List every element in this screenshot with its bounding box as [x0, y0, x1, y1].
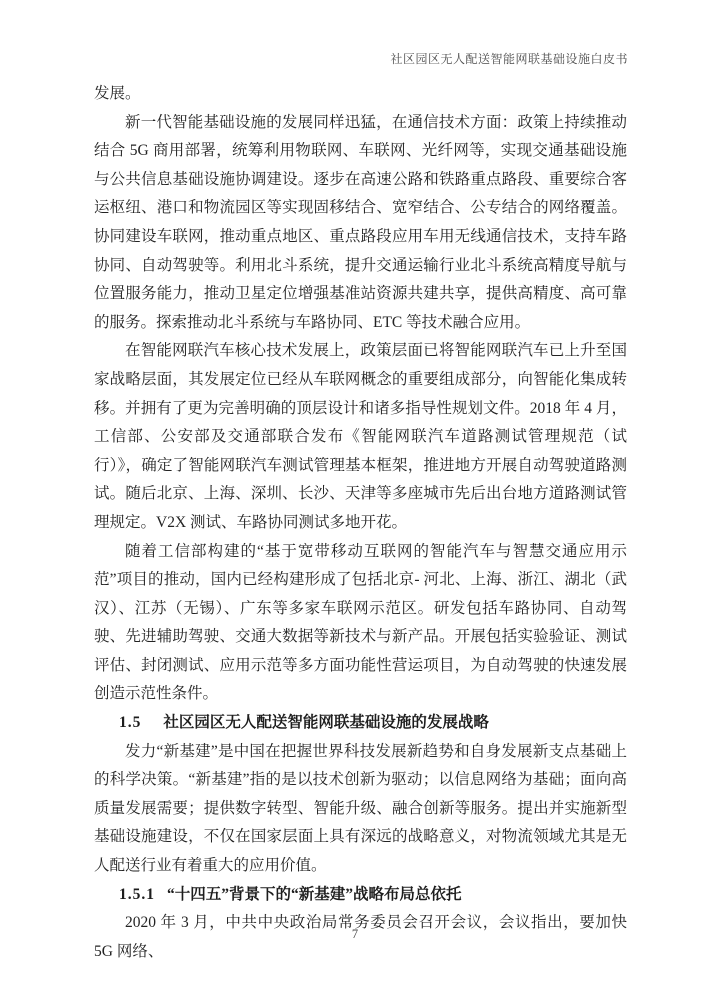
- section-number: 1.5: [119, 714, 141, 731]
- section-title: 社区园区无人配送智能网联基础设施的发展战略: [163, 714, 489, 731]
- document-page: 社区园区无人配送智能网联基础设施白皮书 发展。 新一代智能基础设施的发展同样迅猛…: [0, 0, 710, 1004]
- subsection-title: “十四五”背景下的“新基建”战略布局总依托: [167, 886, 462, 903]
- page-header: 社区园区无人配送智能网联基础设施白皮书: [390, 50, 628, 67]
- page-number: 7: [352, 927, 358, 941]
- subsection-heading: 1.5.1“十四五”背景下的“新基建”战略布局总依托: [94, 881, 627, 910]
- header-title: 社区园区无人配送智能网联基础设施白皮书: [390, 52, 628, 66]
- section-heading: 1.5社区园区无人配送智能网联基础设施的发展战略: [94, 709, 627, 738]
- continuation-paragraph: 发展。: [94, 80, 627, 109]
- paragraph: 新一代智能基础设施的发展同样迅猛，在通信技术方面：政策上持续推动结合 5G 商用…: [94, 109, 627, 338]
- page-footer: 7: [0, 927, 710, 942]
- document-body: 发展。 新一代智能基础设施的发展同样迅猛，在通信技术方面：政策上持续推动结合 5…: [94, 80, 627, 966]
- paragraph: 在智能网联汽车核心技术发展上，政策层面已将智能网联汽车已上升至国家战略层面，其发…: [94, 337, 627, 537]
- subsection-number: 1.5.1: [119, 886, 155, 903]
- paragraph: 发力“新基建”是中国在把握世界科技发展新趋势和自身发展新支点基础上的科学决策。“…: [94, 738, 627, 881]
- paragraph: 随着工信部构建的“基于宽带移动互联网的智能汽车与智慧交通应用示范”项目的推动，国…: [94, 538, 627, 710]
